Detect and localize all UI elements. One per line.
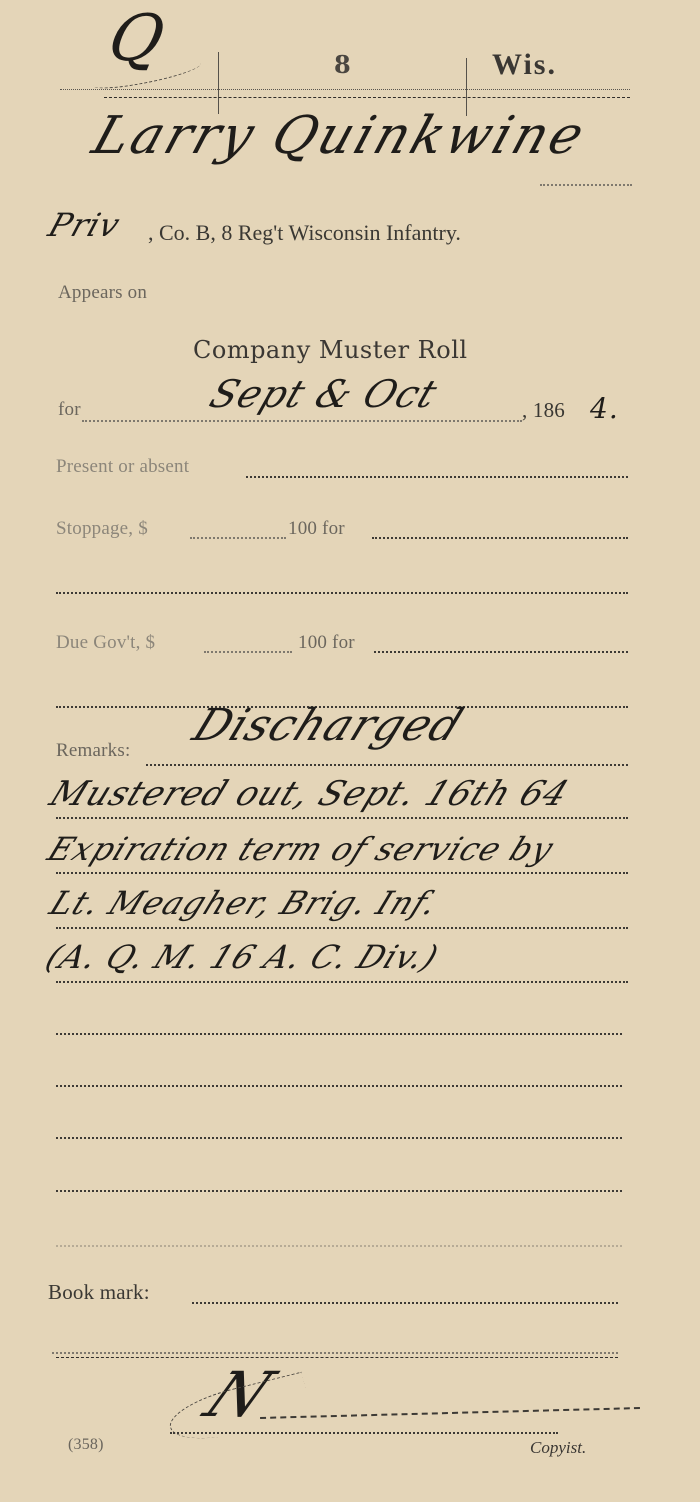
period-value: Sept & Oct [204, 372, 444, 416]
due-govt-label: Due Gov't, $ [56, 632, 155, 654]
remarks-rule-6 [56, 1033, 622, 1035]
remarks-rule-1 [146, 764, 628, 766]
period-rule [82, 420, 522, 422]
remarks-rule-2 [56, 817, 628, 819]
form-number: (358) [68, 1436, 104, 1454]
remarks-line-3: Expiration term of service by [42, 830, 559, 868]
remarks-label: Remarks: [56, 740, 130, 762]
period-year-suffix: 4. [590, 392, 619, 425]
remarks-line-4: Lt. Meagher, Brig. Inf. [44, 884, 444, 922]
soldier-rank: Priv [44, 206, 125, 244]
state-abbreviation: Wis. [492, 48, 557, 82]
remarks-line-2: Mustered out, Sept. 16th 64 [44, 774, 575, 814]
soldier-name: Larry Quinkwine [85, 106, 594, 166]
header-rule-bottom [104, 97, 630, 98]
header-divider-1 [218, 52, 219, 114]
book-mark-separator-2 [56, 1357, 618, 1358]
muster-roll-card: { "header": { "initial_handwritten": "Q"… [0, 0, 700, 1502]
unit-line: , Co. B, 8 Reg't Wisconsin Infantry. [148, 220, 461, 246]
regiment-number: 8 [334, 50, 351, 79]
present-or-absent-rule [246, 476, 628, 478]
stoppage-continuation-rule [56, 592, 628, 594]
record-type-title: Company Muster Roll [193, 336, 468, 364]
header-rule-top [60, 89, 630, 90]
book-mark-separator-1 [52, 1352, 618, 1354]
book-mark-label: Book mark: [48, 1280, 150, 1305]
stoppage-label: Stoppage, $ [56, 518, 148, 540]
book-mark-rule [192, 1302, 618, 1304]
copyist-label: Copyist. [530, 1438, 586, 1458]
remarks-line-5: (A. Q. M. 16 A. C. Div.) [40, 938, 444, 976]
name-rule [540, 184, 632, 186]
remarks-rule-7 [56, 1085, 622, 1087]
stoppage-cents-label: 100 for [288, 518, 345, 540]
remarks-rule-3 [56, 872, 628, 874]
due-govt-for-rule [374, 651, 628, 653]
appears-on-label: Appears on [58, 282, 147, 304]
period-label: for [58, 399, 81, 421]
stoppage-dollar-rule [190, 537, 286, 539]
due-govt-cents-label: 100 for [298, 632, 355, 654]
due-govt-dollar-rule [204, 651, 292, 653]
remarks-line-1: Discharged [186, 700, 471, 751]
remarks-rule-10 [56, 1245, 622, 1247]
remarks-rule-4 [56, 927, 628, 929]
remarks-rule-5 [56, 981, 628, 983]
present-or-absent-label: Present or absent [56, 456, 189, 478]
copyist-rule [170, 1432, 558, 1434]
copyist-signature-trail [260, 1407, 640, 1419]
remarks-rule-9 [56, 1190, 622, 1192]
period-year-prefix: , 186 [522, 398, 565, 423]
stoppage-for-rule [372, 537, 628, 539]
remarks-rule-8 [56, 1137, 622, 1139]
